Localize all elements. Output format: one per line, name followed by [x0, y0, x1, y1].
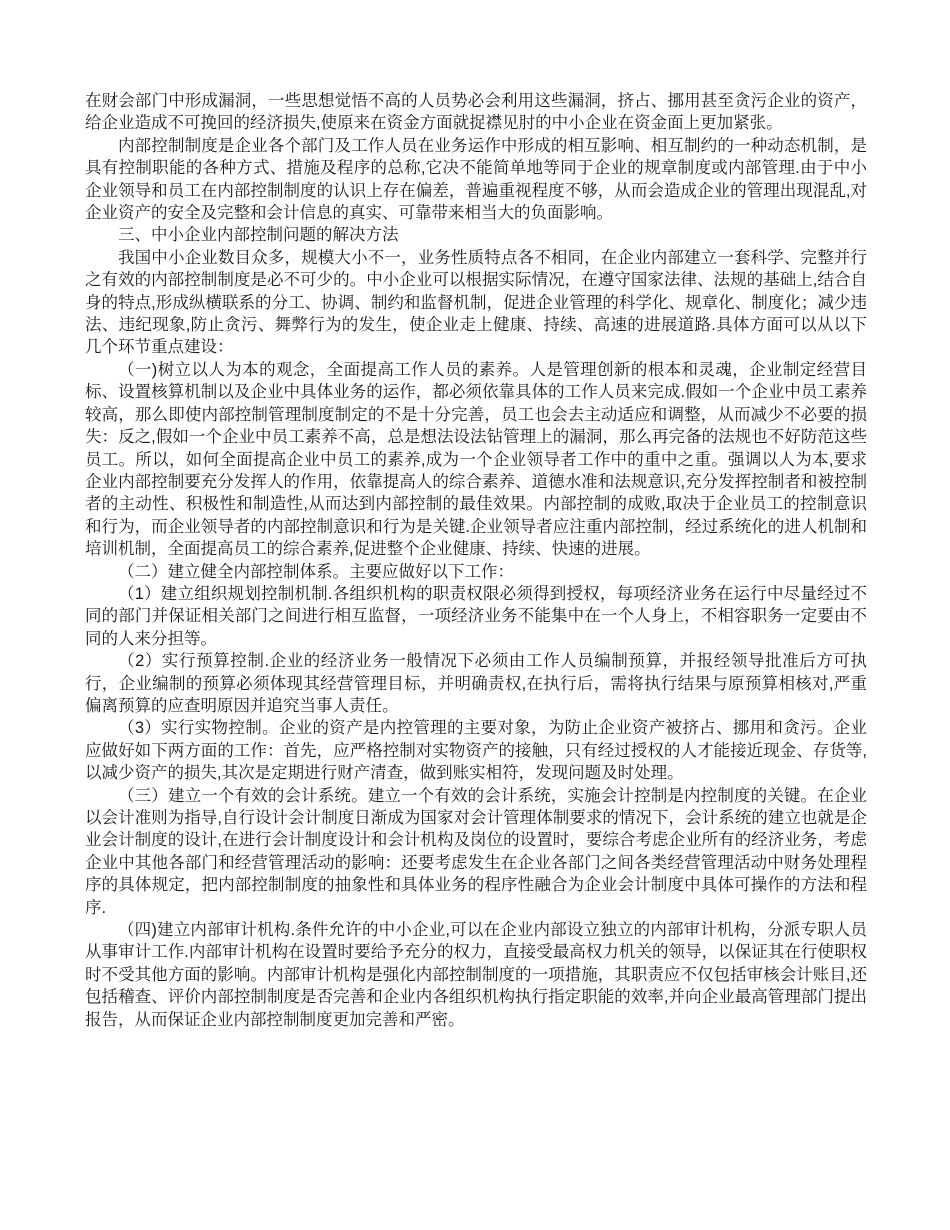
paragraph-item-4: （四)建立内部审计机构.条件允许的中小企业,可以在企业内部设立独立的内部审计机构…	[85, 919, 867, 1031]
paragraph: 内部控制制度是企业各个部门及工作人员在业务运作中形成的相互影响、相互制约的一种动…	[85, 135, 867, 225]
paragraph-subitem-3: （3）实行实物控制。企业的资产是内控管理的主要对象，为防止企业资产被挤占、挪用和…	[85, 717, 867, 784]
paragraph-item-1: （一)树立以人为本的观念，全面提高工作人员的素养。人是管理创新的根本和灵魂，企业…	[85, 359, 867, 561]
paragraph-continuation: 在财会部门中形成漏洞，一些思想觉悟不高的人员势必会利用这些漏洞，挤占、挪用甚至贪…	[85, 90, 867, 135]
document-page: 在财会部门中形成漏洞，一些思想觉悟不高的人员势必会利用这些漏洞，挤占、挪用甚至贪…	[0, 0, 950, 1230]
document-body: 在财会部门中形成漏洞，一些思想觉悟不高的人员势必会利用这些漏洞，挤占、挪用甚至贪…	[85, 90, 867, 1031]
paragraph-item-2: （二）建立健全内部控制体系。主要应做好以下工作：	[85, 561, 867, 583]
paragraph-item-3: （三）建立一个有效的会计系统。建立一个有效的会计系统，实施会计控制是内控制度的关…	[85, 785, 867, 919]
paragraph: 我国中小企业数目众多，规模大小不一，业务性质特点各不相同，在企业内部建立一套科学…	[85, 247, 867, 359]
section-heading: 三、中小企业内部控制问题的解决方法	[85, 224, 867, 246]
paragraph-subitem-2: （2）实行预算控制.企业的经济业务一般情况下必须由工作人员编制预算，并报经领导批…	[85, 650, 867, 717]
paragraph-subitem-1: （1）建立组织规划控制机制.各组织机构的职责权限必须得到授权，每项经济业务在运行…	[85, 583, 867, 650]
